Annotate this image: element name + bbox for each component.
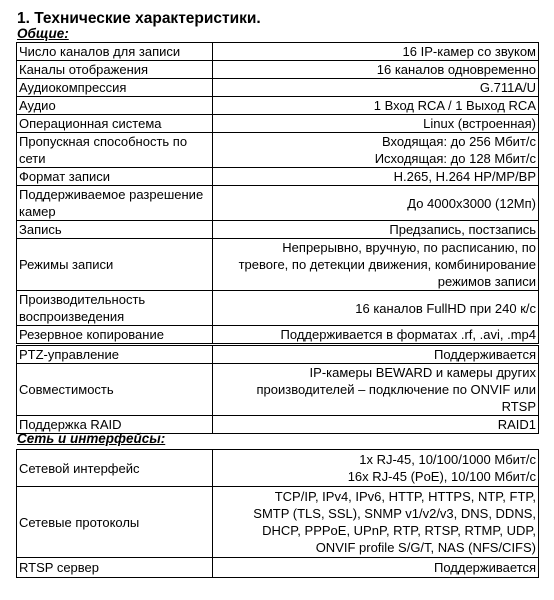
spec-value-line: IP-камеры BEWARD и камеры других [215, 364, 536, 381]
spec-value-line: 16 каналов FullHD при 240 к/с [215, 300, 536, 317]
spec-value-line: Исходящая: до 128 Мбит/с [215, 150, 536, 167]
spec-value-line: Поддерживается в форматах .rf, .avi, .mp… [215, 326, 536, 343]
spec-label: Операционная система [17, 115, 213, 133]
spec-value-line: 1 Вход RCA / 1 Выход RCA [215, 97, 536, 114]
spec-value-line: режимов записи [215, 273, 536, 290]
spec-value-line: До 4000x3000 (12Мп) [215, 195, 536, 212]
spec-label: Резервное копирование [17, 326, 213, 345]
spec-label: RTSP сервер [17, 558, 213, 578]
spec-value: 16 каналов одновременно [213, 61, 539, 79]
spec-label: Режимы записи [17, 239, 213, 291]
spec-value-line: тревоге, по детекции движения, комбиниро… [215, 256, 536, 273]
spec-value-line: Предзапись, постзапись [215, 221, 536, 238]
spec-value: До 4000x3000 (12Мп) [213, 186, 539, 221]
spec-value: 16 IP-камер со звуком [213, 43, 539, 61]
spec-label: Каналы отображения [17, 61, 213, 79]
spec-value-line: 16x RJ-45 (PoE), 10/100 Мбит/с [215, 468, 536, 485]
spec-value-line: 16 IP-камер со звуком [215, 43, 536, 60]
spec-label: Совместимость [17, 364, 213, 416]
spec-row: Сетевой интерфейс1x RJ-45, 10/100/1000 М… [17, 450, 539, 487]
spec-value-line: Входящая: до 256 Мбит/с [215, 133, 536, 150]
spec-label: Сетевые протоколы [17, 487, 213, 558]
spec-value: Поддерживается в форматах .rf, .avi, .mp… [213, 326, 539, 345]
spec-value-line: производителей – подключение по ONVIF ил… [215, 381, 536, 398]
spec-label: PTZ-управление [17, 345, 213, 364]
spec-row: RTSP серверПоддерживается [17, 558, 539, 578]
spec-row: АудиокомпрессияG.711A/U [17, 79, 539, 97]
spec-value: Поддерживается [213, 345, 539, 364]
spec-row: Число каналов для записи16 IP-камер со з… [17, 43, 539, 61]
spec-row: СовместимостьIP-камеры BEWARD и камеры д… [17, 364, 539, 416]
spec-value: Поддерживается [213, 558, 539, 578]
spec-value-line: RAID1 [215, 416, 536, 433]
spec-value: TCP/IP, IPv4, IPv6, HTTP, HTTPS, NTP, FT… [213, 487, 539, 558]
spec-value: Входящая: до 256 Мбит/сИсходящая: до 128… [213, 133, 539, 168]
spec-value: 1x RJ-45, 10/100/1000 Мбит/с16x RJ-45 (P… [213, 450, 539, 487]
spec-row: Производительность воспроизведения16 кан… [17, 291, 539, 326]
spec-row: Резервное копированиеПоддерживается в фо… [17, 326, 539, 345]
spec-value-line: SMTP (TLS, SSL), SNMP v1/v2/v3, DNS, DDN… [215, 505, 536, 522]
spec-value-line: G.711A/U [215, 79, 536, 96]
spec-value-line: RTSP [215, 398, 536, 415]
spec-label: Аудио [17, 97, 213, 115]
spec-row: Сетевые протоколыTCP/IP, IPv4, IPv6, HTT… [17, 487, 539, 558]
spec-value: Непрерывно, вручную, по расписанию, потр… [213, 239, 539, 291]
spec-label: Число каналов для записи [17, 43, 213, 61]
section-heading-general: Общие: [17, 26, 69, 41]
spec-label: Пропускная способность по сети [17, 133, 213, 168]
spec-value: 1 Вход RCA / 1 Выход RCA [213, 97, 539, 115]
spec-label: Запись [17, 221, 213, 239]
spec-value: 16 каналов FullHD при 240 к/с [213, 291, 539, 326]
spec-value: Linux (встроенная) [213, 115, 539, 133]
spec-label: Формат записи [17, 168, 213, 186]
spec-row: Поддерживаемое разрешение камерДо 4000x3… [17, 186, 539, 221]
spec-row: Операционная системаLinux (встроенная) [17, 115, 539, 133]
spec-row: Аудио1 Вход RCA / 1 Выход RCA [17, 97, 539, 115]
spec-value-line: TCP/IP, IPv4, IPv6, HTTP, HTTPS, NTP, FT… [215, 488, 536, 505]
spec-value-line: 1x RJ-45, 10/100/1000 Мбит/с [215, 451, 536, 468]
spec-row: Режимы записиНепрерывно, вручную, по рас… [17, 239, 539, 291]
spec-row: Пропускная способность по сетиВходящая: … [17, 133, 539, 168]
spec-value-line: ONVIF profile S/G/T, NAS (NFS/CIFS) [215, 539, 536, 556]
spec-value: IP-камеры BEWARD и камеры другихпроизвод… [213, 364, 539, 416]
spec-table-network: Сетевой интерфейс1x RJ-45, 10/100/1000 М… [16, 449, 539, 578]
spec-row: ЗаписьПредзапись, постзапись [17, 221, 539, 239]
spec-value: Предзапись, постзапись [213, 221, 539, 239]
spec-label: Сетевой интерфейс [17, 450, 213, 487]
spec-label: Аудиокомпрессия [17, 79, 213, 97]
section-heading-network: Сеть и интерфейсы: [17, 431, 165, 446]
spec-value-line: Поддерживается [215, 346, 536, 363]
spec-row: PTZ-управлениеПоддерживается [17, 345, 539, 364]
spec-value-line: Поддерживается [215, 559, 536, 576]
spec-value-line: 16 каналов одновременно [215, 61, 536, 78]
spec-row: Каналы отображения16 каналов одновременн… [17, 61, 539, 79]
spec-value-line: Linux (встроенная) [215, 115, 536, 132]
spec-row: Формат записиH.265, H.264 HP/MP/BP [17, 168, 539, 186]
spec-value: RAID1 [213, 416, 539, 434]
spec-value-line: Непрерывно, вручную, по расписанию, по [215, 239, 536, 256]
spec-value-line: H.265, H.264 HP/MP/BP [215, 168, 536, 185]
spec-value: H.265, H.264 HP/MP/BP [213, 168, 539, 186]
spec-label: Поддерживаемое разрешение камер [17, 186, 213, 221]
spec-value: G.711A/U [213, 79, 539, 97]
spec-table-general: Число каналов для записи16 IP-камер со з… [16, 42, 539, 434]
spec-value-line: DHCP, PPPoE, UPnP, RTP, RTSP, RTMP, UDP, [215, 522, 536, 539]
spec-label: Производительность воспроизведения [17, 291, 213, 326]
